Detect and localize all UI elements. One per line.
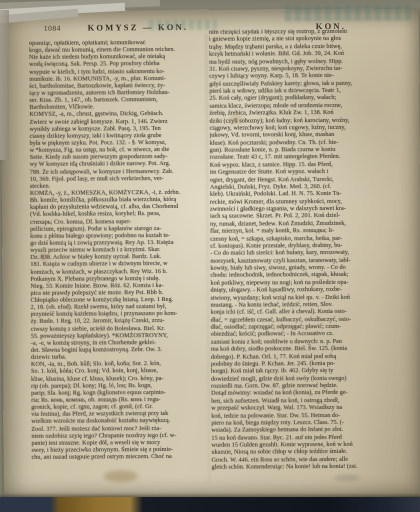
paper-stain [104, 470, 138, 482]
table-edge [0, 497, 420, 512]
book-gutter-edge [0, 10, 9, 160]
paper-stain [38, 253, 48, 261]
dictionary-page: 1084 KOMYSZ — KON. KON. opasuiąc, opłatk… [1, 8, 420, 499]
book-photo: 1084 KOMYSZ — KON. KON. opasuiąc, opłatk… [0, 0, 420, 512]
ink-offset-stamp-right [285, 5, 411, 22]
pencil-mark [334, 475, 360, 481]
paper-stain [229, 115, 243, 124]
text-column-right: nim chrzęści saydak i błyszczy się roztr… [209, 29, 396, 476]
text-column-left: opasuiąc, opłatkiem, opłatkami; komuniko… [29, 40, 210, 465]
page-stack-edges [0, 0, 170, 26]
